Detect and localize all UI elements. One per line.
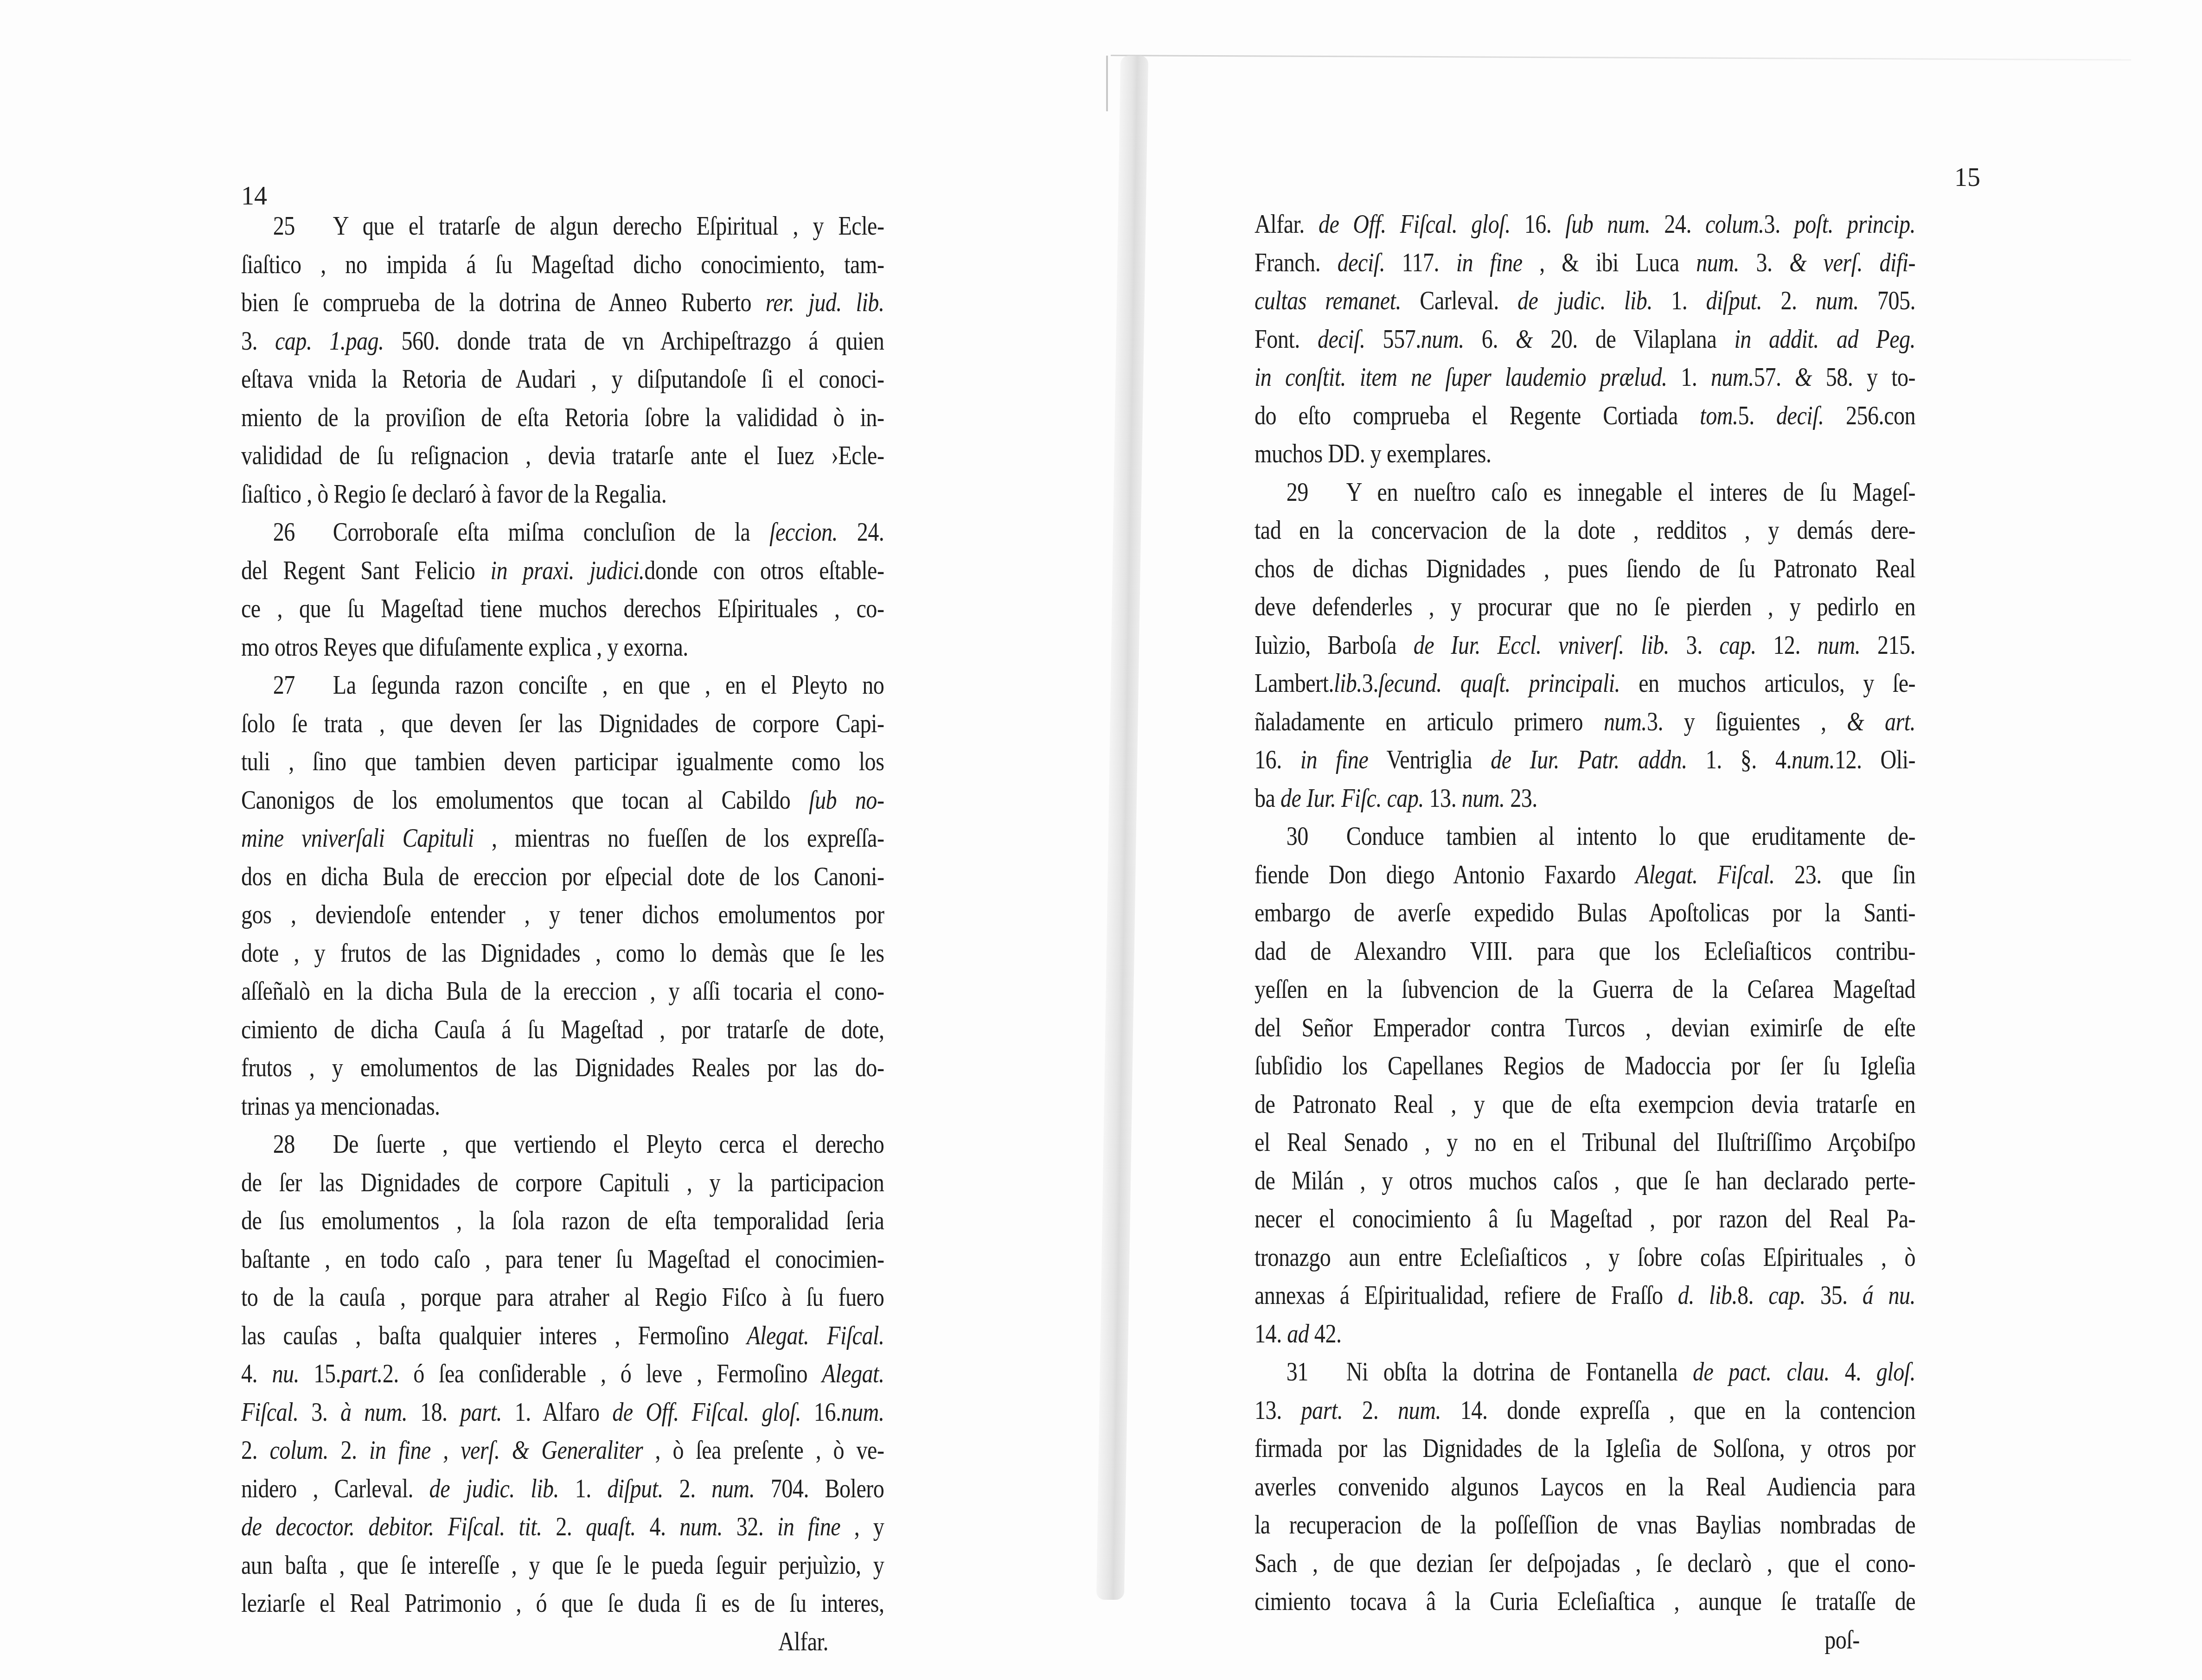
- text-run: Franch.: [1255, 249, 1338, 277]
- italic-citation: in fine: [1300, 746, 1369, 774]
- text-line: 27La ſegunda razon conciſte , en que , e…: [241, 666, 884, 705]
- text-run: 5.: [1738, 402, 1776, 430]
- text-run: 57.: [1754, 363, 1795, 392]
- italic-citation: deciſ.: [1338, 249, 1385, 277]
- italic-citation: rer. jud. lib.: [766, 288, 884, 317]
- text-line: muchos DD. y exemplares.: [1255, 435, 1915, 473]
- text-run: Carleval.: [1401, 287, 1517, 315]
- text-line: eſtava vnida la Retoria de Audari , y di…: [241, 360, 884, 399]
- italic-citation: num.: [841, 1398, 884, 1427]
- text-run: de Milán , y otros muchos caſos , que ſe…: [1255, 1167, 1915, 1195]
- italic-citation: ad: [1287, 1320, 1309, 1348]
- text-run: 12. Oli-: [1835, 746, 1915, 774]
- text-line: ſiaſtico , no impida á ſu Mageſtad dicho…: [241, 246, 884, 284]
- italic-citation: de judic. lib.: [1517, 287, 1652, 315]
- italic-citation: in fine , verſ. & Generaliter: [369, 1436, 643, 1465]
- text-run: annexas á Eſpiritualidad, refiere de Fra…: [1255, 1281, 1678, 1310]
- text-run: 704. Bolero: [755, 1475, 884, 1503]
- text-run: 2.: [241, 1436, 269, 1465]
- text-run: 12.: [1756, 631, 1818, 660]
- text-run: 16.: [1511, 210, 1566, 239]
- text-run: eſtava vnida la Retoria de Audari , y di…: [241, 365, 884, 394]
- text-run: de ſer las Dignidades de corpore Capitul…: [241, 1169, 884, 1197]
- text-line: cultas remanet. Carleval. de judic. lib.…: [1255, 282, 1915, 320]
- text-run: 24.: [1650, 210, 1705, 239]
- text-line: dos en dicha Bula de ereccion por eſpeci…: [241, 858, 884, 896]
- text-run: 3.: [1362, 669, 1378, 698]
- italic-citation: colum.: [1705, 210, 1764, 239]
- text-run: 117.: [1385, 249, 1456, 277]
- text-run: en muchos articulos, y ſe-: [1620, 669, 1915, 698]
- text-line: ſiaſtico , ò Regio ſe declaró à favor de…: [241, 475, 884, 514]
- italic-citation: cap. 1.pag.: [275, 327, 384, 356]
- italic-citation: de Iur. Patr. addn.: [1491, 746, 1687, 774]
- text-run: ſiaſtico , no impida á ſu Mageſtad dicho…: [241, 250, 884, 279]
- text-run: 20. de Vilaplana: [1533, 325, 1734, 354]
- text-run: La ſegunda razon conciſte , en que , en …: [333, 671, 884, 700]
- text-line: ſolo ſe trata , que deven ſer las Dignid…: [241, 705, 884, 743]
- text-line: dote , y frutos de las Dignidades , como…: [241, 934, 884, 973]
- text-line: Font. deciſ. 557.num. 6. & 20. de Vilapl…: [1255, 320, 1915, 359]
- text-run: 16.: [801, 1398, 841, 1427]
- text-run: ce , que ſu Mageſtad tiene muchos derech…: [241, 594, 884, 623]
- text-run: fiende Don diego Antonio Faxardo: [1255, 861, 1635, 889]
- text-run: las cauſas , baſta qualquier interes , F…: [241, 1322, 747, 1350]
- text-line: necer el conocimiento â ſu Mageſtad , po…: [1255, 1200, 1915, 1239]
- italic-citation: de Off. Fiſcal. gloſ.: [1319, 210, 1511, 239]
- text-line: annexas á Eſpiritualidad, refiere de Fra…: [1255, 1277, 1915, 1315]
- text-line: averles convenido algunos Laycos en la R…: [1255, 1468, 1915, 1507]
- text-run: el Real Senado , y no en el Tribunal del…: [1255, 1128, 1915, 1157]
- text-run: 1.: [559, 1475, 607, 1503]
- text-run: , ò ſea preſente , ò ve-: [643, 1436, 884, 1465]
- paragraph-number: 31: [1255, 1353, 1346, 1392]
- text-line: Alfar. de Off. Fiſcal. gloſ. 16. ſub num…: [1255, 205, 1915, 244]
- text-run: averles convenido algunos Laycos en la R…: [1255, 1473, 1915, 1501]
- text-line: yeſſen en la ſubvencion de la Guerra de …: [1255, 971, 1915, 1009]
- text-run: 3.: [1739, 249, 1789, 277]
- text-line: frutos , y emolumentos de las Dignidades…: [241, 1049, 884, 1087]
- text-run: Y en nueſtro caſo es innegable el intere…: [1346, 478, 1915, 507]
- text-run: poſ-: [1824, 1626, 1860, 1654]
- text-run: mo otros Reyes que difuſamente explica ,…: [241, 633, 688, 662]
- text-run: 23.: [1505, 784, 1537, 813]
- text-run: ſubſidio los Capellanes Regios de Madocc…: [1255, 1052, 1915, 1080]
- text-line: ba de Iur. Fiſc. cap. 13. num. 23.: [1255, 779, 1915, 818]
- italic-citation: num.: [1696, 249, 1739, 277]
- text-line: tad en la concervacion de la dote , redd…: [1255, 511, 1915, 550]
- text-line: trinas ya mencionadas.: [241, 1087, 884, 1126]
- italic-citation: de pact. clau.: [1693, 1358, 1830, 1386]
- text-run: ñaladamente en articulo primero: [1255, 708, 1604, 736]
- text-run: 1. Alfaro: [502, 1398, 612, 1427]
- italic-citation: ſeccion.: [769, 518, 838, 547]
- paragraph-number: 27: [241, 666, 333, 705]
- text-run: 2.: [1343, 1396, 1398, 1425]
- text-line: nidero , Carleval. de judic. lib. 1. diſ…: [241, 1470, 884, 1508]
- text-run: valididad de ſu reſignacion , devia trat…: [241, 441, 884, 470]
- italic-citation: de Iur. Eccl. vniverſ. lib.: [1414, 631, 1669, 660]
- text-run: tronazgo aun entre Ecleſiaſticos , y ſob…: [1255, 1243, 1915, 1272]
- italic-citation: in fine: [777, 1513, 840, 1541]
- text-run: Canonigos de los emolumentos que tocan a…: [241, 786, 809, 815]
- text-run: 24.: [838, 518, 884, 547]
- page-top-edge: [1111, 55, 2131, 61]
- text-line: ce , que ſu Mageſtad tiene muchos derech…: [241, 590, 884, 628]
- text-run: 1.: [1652, 287, 1706, 315]
- italic-citation: &: [1516, 325, 1533, 354]
- italic-citation: num.: [1711, 363, 1754, 392]
- text-line: cimiento de dicha Cauſa á ſu Mageſtad , …: [241, 1011, 884, 1049]
- italic-citation: Alegat. Fiſcal.: [747, 1322, 884, 1350]
- spine-edge-shadow: [1106, 56, 1108, 111]
- text-run: Conduce tambien al intento lo que erudit…: [1346, 822, 1915, 851]
- text-run: trinas ya mencionadas.: [241, 1092, 440, 1121]
- text-run: 6.: [1464, 325, 1516, 354]
- text-run: 2.: [542, 1513, 586, 1541]
- text-run: 2.: [1762, 287, 1816, 315]
- text-run: Y que el tratarſe de algun derecho Eſpir…: [333, 212, 884, 241]
- text-run: Ni obſta la dotrina de Fontanella: [1346, 1358, 1693, 1386]
- text-line: fiende Don diego Antonio Faxardo Alegat.…: [1255, 856, 1915, 894]
- text-line: del Señor Emperador contra Turcos , devi…: [1255, 1009, 1915, 1048]
- italic-citation: poſt. princip.: [1794, 210, 1915, 239]
- text-line: firmada por las Dignidades de la Igleſia…: [1255, 1430, 1915, 1468]
- italic-citation: in conſtit. item ne ſuper laudemio prælu…: [1255, 363, 1667, 392]
- text-run: 3.: [298, 1398, 340, 1427]
- italic-citation: diſput.: [1706, 287, 1762, 315]
- text-run: baſtante , en todo caſo , para tener ſu …: [241, 1245, 884, 1274]
- text-run: necer el conocimiento â ſu Mageſtad , po…: [1255, 1205, 1915, 1233]
- text-run: cimiento de dicha Cauſa á ſu Mageſtad , …: [241, 1016, 884, 1044]
- text-run: yeſſen en la ſubvencion de la Guerra de …: [1255, 975, 1915, 1004]
- text-line: in conſtit. item ne ſuper laudemio prælu…: [1255, 358, 1915, 397]
- text-run: del Regent Sant Felicio: [241, 556, 491, 585]
- text-run: de Patronato Real , y que de eſta exempc…: [1255, 1090, 1915, 1119]
- text-run: chos de dichas Dignidades , pues ſiendo …: [1255, 555, 1915, 583]
- text-run: ba: [1255, 784, 1280, 813]
- italic-citation: num.: [1792, 746, 1835, 774]
- text-line: 26Corroboraſe eſta miſma concluſion de l…: [241, 513, 884, 552]
- page-number: 15: [1954, 165, 1980, 191]
- text-run: donde con otros eſtable-: [644, 556, 884, 585]
- text-run: 16.: [1255, 746, 1300, 774]
- text-run: del Señor Emperador contra Turcos , devi…: [1255, 1014, 1915, 1042]
- text-run: De ſuerte , que vertiendo el Pleyto cerc…: [333, 1130, 884, 1159]
- text-line: ñaladamente en articulo primero num.3. y…: [1255, 703, 1915, 741]
- text-run: cimiento tocava â la Curia Ecleſiaſtica …: [1255, 1587, 1915, 1616]
- text-line: de decoctor. debitor. Fiſcal. tit. 2. qu…: [241, 1508, 884, 1546]
- text-line: deve defenderles , y procurar que no ſe …: [1255, 588, 1915, 626]
- italic-citation: num.: [679, 1513, 723, 1541]
- text-run: 4.: [241, 1360, 272, 1388]
- italic-citation: gloſ.: [1876, 1358, 1915, 1386]
- paragraph-number: 28: [241, 1125, 333, 1164]
- italic-citation: num.: [1816, 287, 1859, 315]
- text-line: leziarſe el Real Patrimonio , ó que ſe d…: [241, 1584, 884, 1623]
- text-run: Alfar.: [778, 1628, 828, 1656]
- catchword: Alfar.: [241, 1623, 884, 1661]
- text-run: ſolo ſe trata , que deven ſer las Dignid…: [241, 709, 884, 738]
- text-run: muchos DD. y exemplares.: [1255, 440, 1491, 468]
- page-text-block: 25Y que el tratarſe de algun derecho Eſp…: [241, 207, 884, 1661]
- text-line: 3. cap. 1.pag. 560. donde trata de vn Ar…: [241, 322, 884, 361]
- text-run: leziarſe el Real Patrimonio , ó que ſe d…: [241, 1589, 884, 1618]
- book-spread: 14 25Y que el tratarſe de algun derecho …: [0, 0, 2202, 1680]
- italic-citation: part.: [341, 1360, 383, 1388]
- italic-citation: de Off. Fiſcal. gloſ.: [612, 1398, 801, 1427]
- italic-citation: num.: [1604, 708, 1647, 736]
- italic-citation: quaſt.: [586, 1513, 636, 1541]
- text-run: 3.: [1764, 210, 1794, 239]
- text-line: Sach , de que dezian ſer deſpojadas , ſe…: [1255, 1545, 1915, 1583]
- text-line: 30Conduce tambien al intento lo que erud…: [1255, 818, 1915, 856]
- text-run: 705.: [1859, 287, 1915, 315]
- text-run: Ventriglia: [1368, 746, 1491, 774]
- text-run: ſiaſtico , ò Regio ſe declaró à favor de…: [241, 480, 666, 509]
- text-run: 3.: [241, 327, 275, 356]
- italic-citation: Fiſcal.: [241, 1398, 298, 1427]
- text-line: miento de la proviſion de eſta Retoria ſ…: [241, 399, 884, 437]
- text-line: del Regent Sant Felicio in praxi. judici…: [241, 552, 884, 590]
- paragraph-number: 30: [1255, 818, 1346, 856]
- text-run: 13.: [1424, 784, 1462, 813]
- italic-citation: nu.: [272, 1360, 299, 1388]
- text-run: gos , deviendoſe entender , y tener dich…: [241, 901, 884, 929]
- text-run: frutos , y emolumentos de las Dignidades…: [241, 1054, 884, 1082]
- text-run: 2. ó ſea conſiderable , ó leve , Fermoſi…: [383, 1360, 822, 1388]
- text-run: 42.: [1309, 1320, 1341, 1348]
- italic-citation: part.: [1301, 1396, 1343, 1425]
- text-line: Iuìzio, Barboſa de Iur. Eccl. vniverſ. l…: [1255, 626, 1915, 665]
- text-line: gos , deviendoſe entender , y tener dich…: [241, 896, 884, 934]
- text-run: 2.: [663, 1475, 711, 1503]
- text-run: 3. y ſiguientes ,: [1647, 708, 1847, 736]
- text-run: 15.: [299, 1360, 341, 1388]
- italic-citation: ſub no-: [809, 786, 884, 815]
- text-run: 58. y to-: [1812, 363, 1915, 392]
- text-line: 14. ad 42.: [1255, 1315, 1915, 1354]
- italic-citation: cap.: [1719, 631, 1756, 660]
- text-line: de ſer las Dignidades de corpore Capitul…: [241, 1164, 884, 1202]
- text-line: tuli , ſino que tambien deven participar…: [241, 743, 884, 781]
- text-line: bien ſe comprueba de la dotrina de Anneo…: [241, 284, 884, 322]
- text-run: nidero , Carleval.: [241, 1475, 429, 1503]
- text-line: de Patronato Real , y que de eſta exempc…: [1255, 1086, 1915, 1124]
- text-line: de Milán , y otros muchos caſos , que ſe…: [1255, 1162, 1915, 1201]
- text-run: bien ſe comprueba de la dotrina de Anneo…: [241, 288, 766, 317]
- text-run: firmada por las Dignidades de la Igleſia…: [1255, 1434, 1915, 1463]
- text-line: cimiento tocava â la Curia Ecleſiaſtica …: [1255, 1583, 1915, 1621]
- paragraph-number: 26: [241, 513, 333, 552]
- text-line: Franch. deciſ. 117. in fine , & ibi Luca…: [1255, 244, 1915, 282]
- text-line: 25Y que el tratarſe de algun derecho Eſp…: [241, 207, 884, 246]
- text-line: Lambert.lib.3.ſecund. quaſt. principali.…: [1255, 664, 1915, 703]
- text-run: la recuperacion de la poſſeſſion de vnas…: [1255, 1511, 1915, 1539]
- italic-citation: á nu.: [1863, 1281, 1915, 1310]
- italic-citation: tom.: [1700, 402, 1738, 430]
- text-run: aun baſta , que ſe intereſſe , y que ſe …: [241, 1551, 884, 1580]
- text-run: 1. §. 4.: [1687, 746, 1792, 774]
- text-run: 23. que ſin: [1775, 861, 1916, 889]
- text-run: miento de la proviſion de eſta Retoria ſ…: [241, 403, 884, 432]
- paragraph-number: 25: [241, 207, 333, 246]
- text-line: 4. nu. 15.part.2. ó ſea conſiderable , ó…: [241, 1355, 884, 1393]
- italic-citation: d. lib.: [1678, 1281, 1737, 1310]
- text-line: 13. part. 2. num. 14. donde expreſſa , q…: [1255, 1392, 1915, 1430]
- text-line: to de la cauſa , porque para atraher al …: [241, 1278, 884, 1317]
- text-line: 29Y en nueſtro caſo es innegable el inte…: [1255, 473, 1915, 512]
- text-run: 2.: [328, 1436, 369, 1465]
- italic-citation: ſecund. quaſt. principali.: [1378, 669, 1620, 698]
- italic-citation: in addit. ad Peg.: [1734, 325, 1915, 354]
- text-line: ſubſidio los Capellanes Regios de Madocc…: [1255, 1047, 1915, 1086]
- text-line: aſſeñalò en la dicha Bula de la ereccion…: [241, 972, 884, 1011]
- italic-citation: & art.: [1847, 708, 1915, 736]
- italic-citation: in praxi. judici.: [491, 556, 645, 585]
- italic-citation: ſub num.: [1565, 210, 1650, 239]
- italic-citation: à num.: [340, 1398, 407, 1427]
- text-run: aſſeñalò en la dicha Bula de la ereccion…: [241, 977, 884, 1006]
- italic-citation: deciſ.: [1776, 402, 1824, 430]
- text-line: Canonigos de los emolumentos que tocan a…: [241, 781, 884, 820]
- text-run: Font.: [1255, 325, 1318, 354]
- italic-citation: part.: [460, 1398, 502, 1427]
- page-text-block: Alfar. de Off. Fiſcal. gloſ. 16. ſub num…: [1255, 205, 1915, 1659]
- italic-citation: &: [1795, 363, 1812, 392]
- italic-citation: de decoctor. debitor. Fiſcal. tit.: [241, 1513, 542, 1541]
- italic-citation: num.: [1398, 1396, 1441, 1425]
- text-line: 28De ſuerte , que vertiendo el Pleyto ce…: [241, 1125, 884, 1164]
- text-run: tuli , ſino que tambien deven participar…: [241, 747, 884, 776]
- italic-citation: de judic. lib.: [429, 1475, 559, 1503]
- italic-citation: num.: [1421, 325, 1464, 354]
- text-line: dad de Alexandro VIII. para que los Ecle…: [1255, 933, 1915, 971]
- text-line: 16. in fine Ventriglia de Iur. Patr. add…: [1255, 741, 1915, 779]
- text-run: 32.: [723, 1513, 777, 1541]
- text-line: baſtante , en todo caſo , para tener ſu …: [241, 1240, 884, 1279]
- text-run: tad en la concervacion de la dote , redd…: [1255, 516, 1915, 545]
- text-run: 4.: [1830, 1358, 1876, 1386]
- page-number: 14: [241, 183, 267, 209]
- text-run: Lambert.: [1255, 669, 1334, 698]
- text-line: aun baſta , que ſe intereſſe , y que ſe …: [241, 1546, 884, 1585]
- text-run: 557.: [1365, 325, 1421, 354]
- italic-citation: num.: [1462, 784, 1505, 813]
- text-run: de ſus emolumentos , la ſola razon de eſ…: [241, 1207, 884, 1235]
- text-run: dote , y frutos de las Dignidades , como…: [241, 939, 884, 968]
- text-line: do eſto comprueba el Regente Cortiada to…: [1255, 397, 1915, 435]
- italic-citation: cultas remanet.: [1255, 287, 1401, 315]
- italic-citation: lib.: [1334, 669, 1362, 698]
- italic-citation: num.: [711, 1475, 755, 1503]
- italic-citation: diſput.: [607, 1475, 663, 1503]
- text-run: 215.: [1860, 631, 1915, 660]
- text-run: Sach , de que dezian ſer deſpojadas , ſe…: [1255, 1549, 1915, 1578]
- catchword: poſ-: [1255, 1621, 1915, 1660]
- text-line: las cauſas , baſta qualquier interes , F…: [241, 1317, 884, 1355]
- text-run: 18.: [407, 1398, 460, 1427]
- italic-citation: Alegat. Fiſcal.: [1635, 861, 1774, 889]
- italic-citation: & verſ. difi-: [1789, 249, 1915, 277]
- text-run: 3.: [1669, 631, 1719, 660]
- italic-citation: in fine: [1456, 249, 1523, 277]
- text-line: la recuperacion de la poſſeſſion de vnas…: [1255, 1506, 1915, 1545]
- text-line: valididad de ſu reſignacion , devia trat…: [241, 437, 884, 475]
- text-run: embargo de averſe expedido Bulas Apoſtol…: [1255, 899, 1915, 927]
- text-line: embargo de averſe expedido Bulas Apoſtol…: [1255, 894, 1915, 933]
- text-run: dad de Alexandro VIII. para que los Ecle…: [1255, 937, 1915, 966]
- text-line: de ſus emolumentos , la ſola razon de eſ…: [241, 1202, 884, 1240]
- text-run: Corroboraſe eſta miſma concluſion de la: [333, 518, 769, 547]
- paragraph-number: 29: [1255, 473, 1346, 512]
- text-run: 1.: [1667, 363, 1711, 392]
- text-run: 4.: [636, 1513, 679, 1541]
- italic-citation: Alegat.: [822, 1360, 884, 1388]
- text-line: mo otros Reyes que difuſamente explica ,…: [241, 628, 884, 667]
- text-line: Fiſcal. 3. à num. 18. part. 1. Alfaro de…: [241, 1393, 884, 1432]
- text-line: 31Ni obſta la dotrina de Fontanella de p…: [1255, 1353, 1915, 1392]
- text-run: 560. donde trata de vn Archipeſtrazgo á …: [384, 327, 884, 356]
- text-run: , & ibi Luca: [1523, 249, 1696, 277]
- text-run: deve defenderles , y procurar que no ſe …: [1255, 593, 1915, 621]
- text-run: 13.: [1255, 1396, 1301, 1425]
- text-line: 2. colum. 2. in fine , verſ. & Generalit…: [241, 1431, 884, 1470]
- text-run: 35.: [1805, 1281, 1863, 1310]
- italic-citation: colum.: [269, 1436, 328, 1465]
- text-run: 8.: [1737, 1281, 1768, 1310]
- text-run: do eſto comprueba el Regente Cortiada: [1255, 402, 1700, 430]
- text-run: Alfar.: [1255, 210, 1319, 239]
- text-run: , mientras no fueſſen de los expreſſa-: [474, 824, 884, 853]
- text-line: el Real Senado , y no en el Tribunal del…: [1255, 1124, 1915, 1162]
- italic-citation: de Iur. Fiſc. cap.: [1280, 784, 1424, 813]
- italic-citation: mine vniverſali Capituli: [241, 824, 474, 853]
- text-line: chos de dichas Dignidades , pues ſiendo …: [1255, 550, 1915, 588]
- text-run: , y: [840, 1513, 884, 1541]
- text-run: Iuìzio, Barboſa: [1255, 631, 1414, 660]
- text-line: mine vniverſali Capituli , mientras no f…: [241, 819, 884, 858]
- text-run: 256.con: [1824, 402, 1916, 430]
- text-run: dos en dicha Bula de ereccion por eſpeci…: [241, 862, 884, 891]
- text-run: to de la cauſa , porque para atraher al …: [241, 1283, 884, 1312]
- text-line: tronazgo aun entre Ecleſiaſticos , y ſob…: [1255, 1239, 1915, 1277]
- italic-citation: deciſ.: [1318, 325, 1365, 354]
- text-run: 14. donde expreſſa , que en la contencio…: [1441, 1396, 1915, 1425]
- italic-citation: cap.: [1768, 1281, 1805, 1310]
- book-spine-gutter: [1096, 56, 1148, 1600]
- text-run: 14.: [1255, 1320, 1287, 1348]
- italic-citation: num.: [1817, 631, 1860, 660]
